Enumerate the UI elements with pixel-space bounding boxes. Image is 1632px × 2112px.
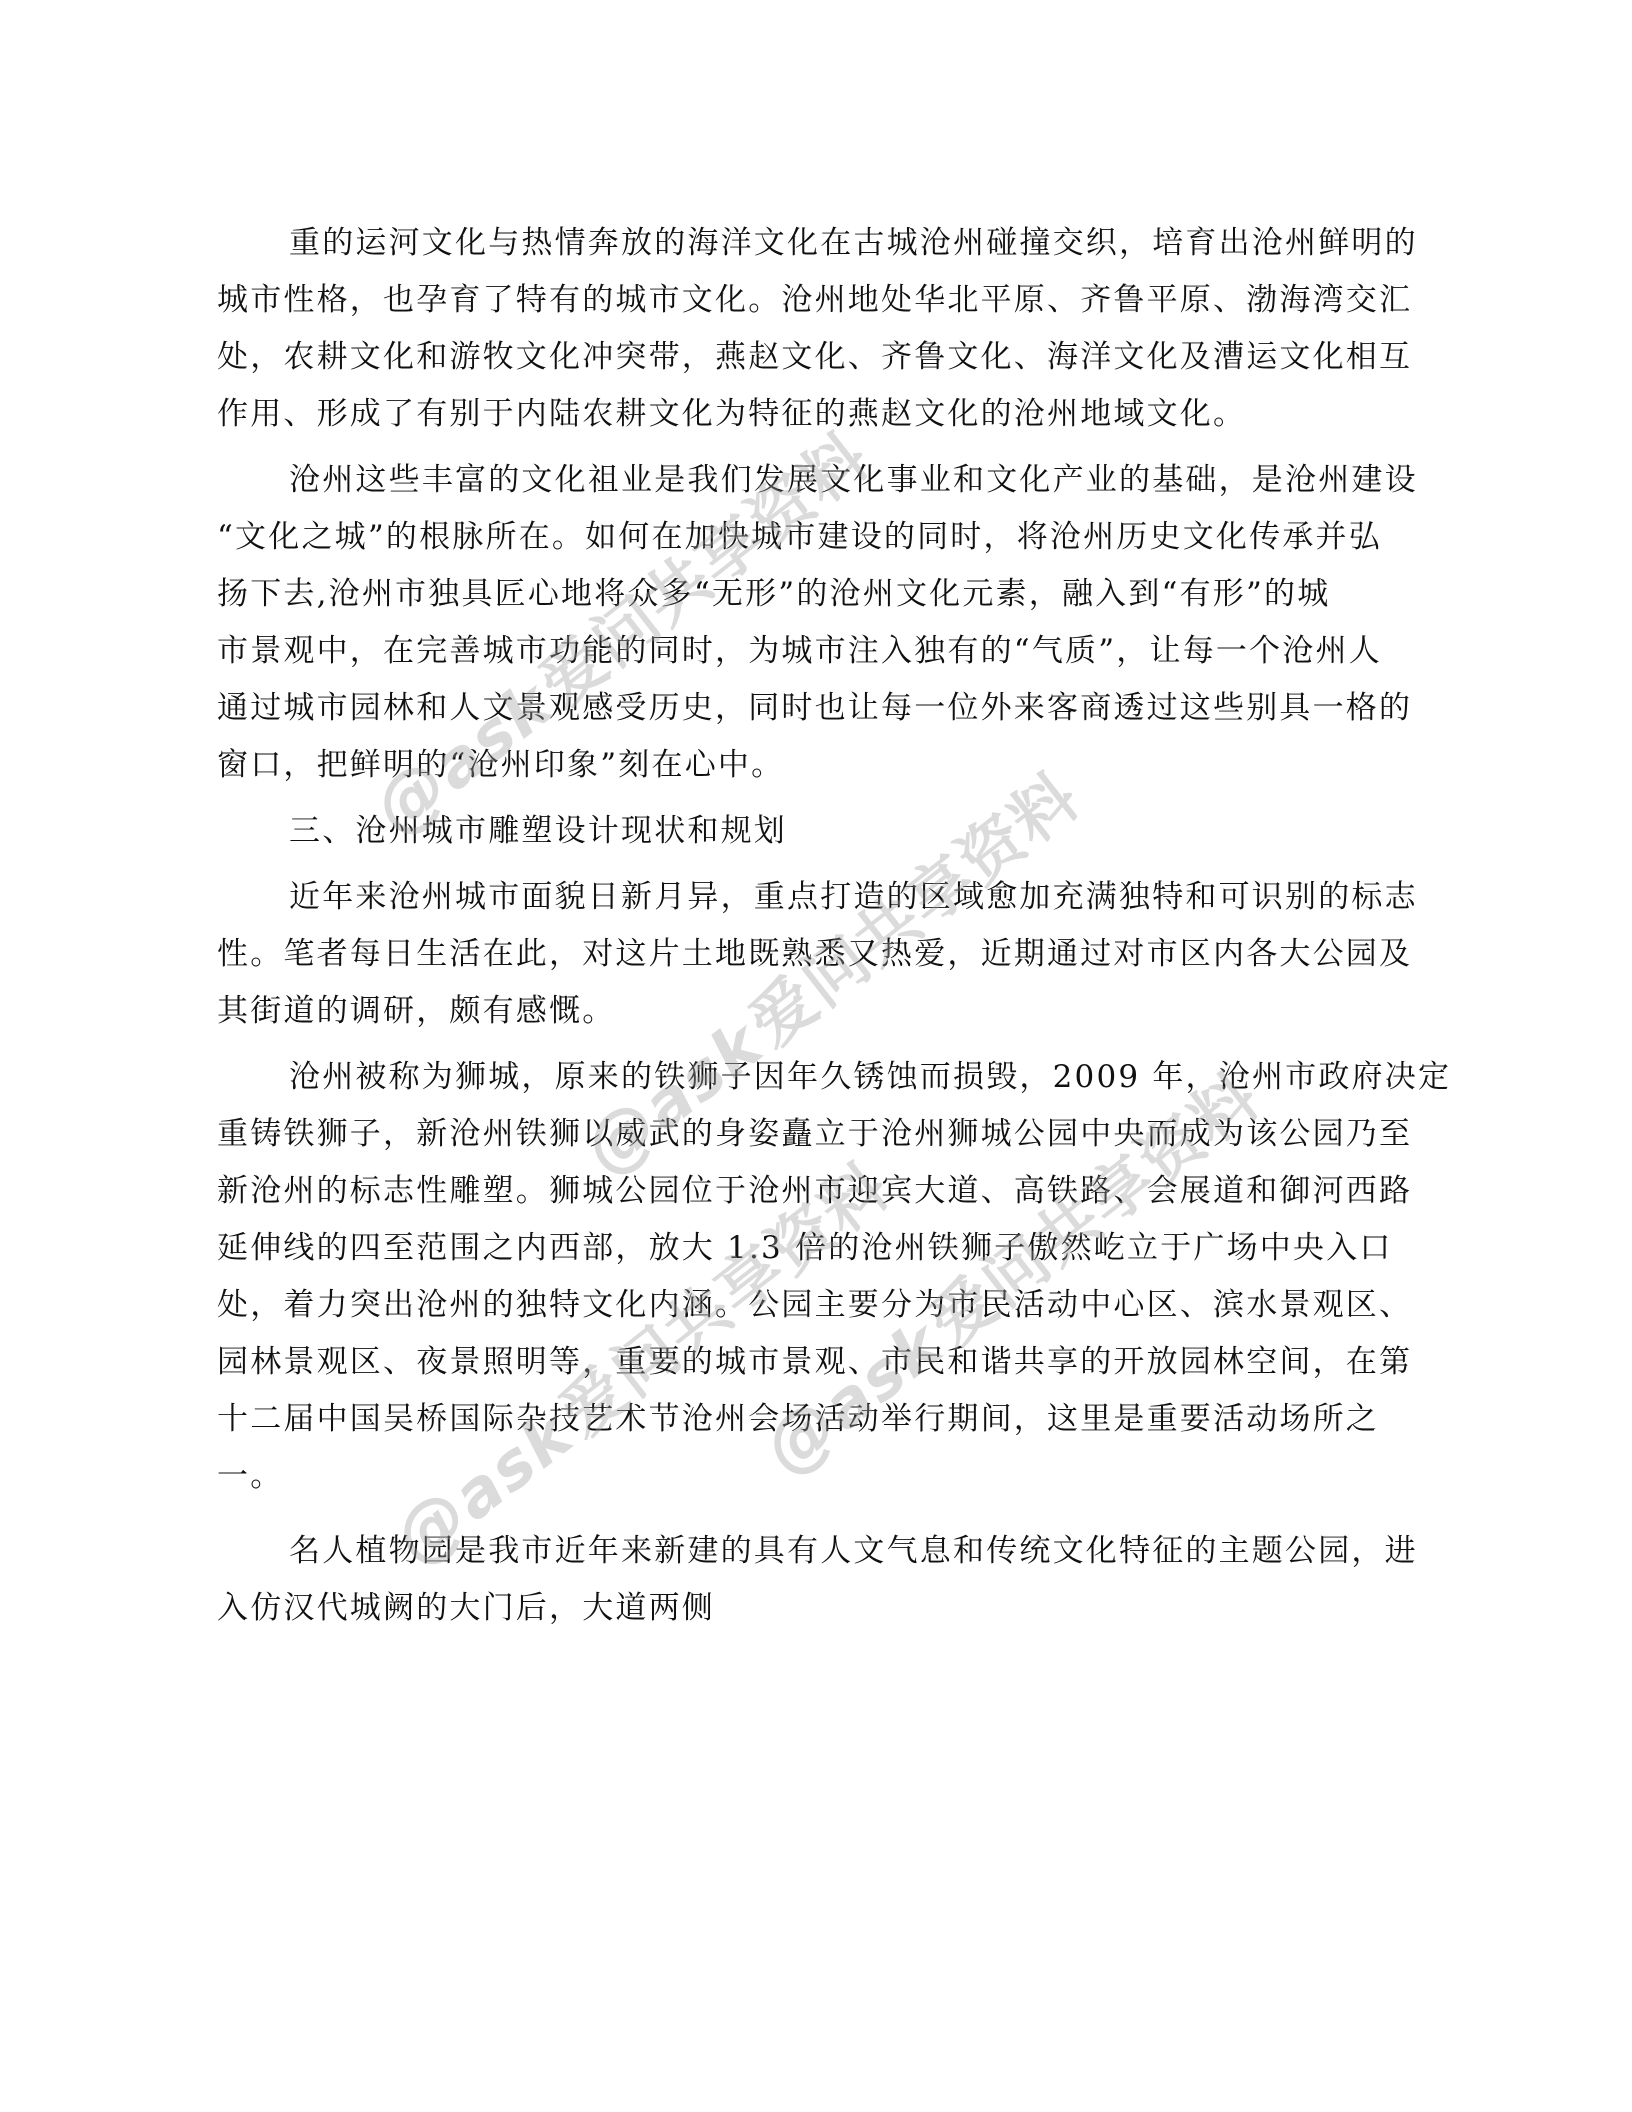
text-line: “文化之城”的根脉所在。如何在加快城市建设的同时，将沧州历史文化传承并弘 (217, 512, 1412, 569)
text-line: 处，农耕文化和游牧文化冲突带，燕赵文化、齐鲁文化、海洋文化及漕运文化相互 (217, 332, 1412, 389)
text-line: 延伸线的四至范围之内西部，放大 1.3 倍的沧州铁狮子傲然屹立于广场中央入口 (217, 1223, 1412, 1280)
section-heading: 三、沧州城市雕塑设计现状和规划 (217, 806, 1412, 863)
text-line: 园林景观区、夜景照明等，重要的城市景观、市民和谐共享的开放园林空间，在第 (217, 1337, 1412, 1394)
text-line: 近年来沧州城市面貌日新月异，重点打造的区域愈加充满独特和可识别的标志 (217, 872, 1412, 929)
text-line: 入仿汉代城阙的大门后，大道两侧 (217, 1583, 1412, 1640)
text-line: 市景观中，在完善城市功能的同时，为城市注入独有的“气质”，让每一个沧州人 (217, 626, 1412, 683)
paragraph: 沧州被称为狮城，原来的铁狮子因年久锈蚀而损毁，2009 年，沧州市政府决定 重铸… (217, 1052, 1412, 1508)
heading-line: 三、沧州城市雕塑设计现状和规划 (217, 806, 1412, 863)
text-line: 处，着力突出沧州的独特文化内涵。公园主要分为市民活动中心区、滨水景观区、 (217, 1280, 1412, 1337)
paragraph: 名人植物园是我市近年来新建的具有人文气息和传统文化特征的主题公园，进 入仿汉代城… (217, 1526, 1412, 1640)
text-line: 十二届中国吴桥国际杂技艺术节沧州会场活动举行期间，这里是重要活动场所之 (217, 1394, 1412, 1451)
text-line: 沧州被称为狮城，原来的铁狮子因年久锈蚀而损毁，2009 年，沧州市政府决定 (217, 1052, 1412, 1109)
text-line: 扬下去,沧州市独具匠心地将众多“无形”的沧州文化元素，融入到“有形”的城 (217, 569, 1412, 626)
document-page: 重的运河文化与热情奔放的海洋文化在古城沧州碰撞交织，培育出沧州鲜明的 城市性格，… (0, 0, 1632, 2112)
paragraph: 沧州这些丰富的文化祖业是我们发展文化事业和文化产业的基础，是沧州建设 “文化之城… (217, 455, 1412, 797)
text-line: 一。 (217, 1451, 1412, 1508)
text-line: 通过城市园林和人文景观感受历史，同时也让每一位外来客商透过这些别具一格的 (217, 683, 1412, 740)
paragraph: 近年来沧州城市面貌日新月异，重点打造的区域愈加充满独特和可识别的标志 性。笔者每… (217, 872, 1412, 1043)
text-line: 性。笔者每日生活在此，对这片土地既熟悉又热爱，近期通过对市区内各大公园及 (217, 929, 1412, 986)
text-line: 作用、形成了有别于内陆农耕文化为特征的燕赵文化的沧州地域文化。 (217, 389, 1412, 446)
text-line: 城市性格，也孕育了特有的城市文化。沧州地处华北平原、齐鲁平原、渤海湾交汇 (217, 275, 1412, 332)
document-body: 重的运河文化与热情奔放的海洋文化在古城沧州碰撞交织，培育出沧州鲜明的 城市性格，… (217, 218, 1412, 1640)
text-line: 其街道的调研，颇有感慨。 (217, 986, 1412, 1043)
paragraph: 重的运河文化与热情奔放的海洋文化在古城沧州碰撞交织，培育出沧州鲜明的 城市性格，… (217, 218, 1412, 446)
text-line: 重铸铁狮子，新沧州铁狮以威武的身姿矗立于沧州狮城公园中央而成为该公园乃至 (217, 1109, 1412, 1166)
text-line: 名人植物园是我市近年来新建的具有人文气息和传统文化特征的主题公园，进 (217, 1526, 1412, 1583)
text-line: 沧州这些丰富的文化祖业是我们发展文化事业和文化产业的基础，是沧州建设 (217, 455, 1412, 512)
text-line: 新沧州的标志性雕塑。狮城公园位于沧州市迎宾大道、高铁路、会展道和御河西路 (217, 1166, 1412, 1223)
text-line: 重的运河文化与热情奔放的海洋文化在古城沧州碰撞交织，培育出沧州鲜明的 (217, 218, 1412, 275)
text-line: 窗口，把鲜明的“沧州印象”刻在心中。 (217, 740, 1412, 797)
